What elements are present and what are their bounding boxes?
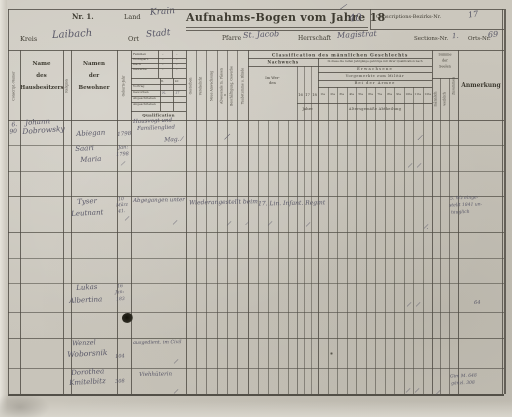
remark: gänzl. 308 <box>451 380 475 386</box>
vertical-column-label: weiblich <box>443 80 446 118</box>
resident-name: Leutnant <box>71 208 103 218</box>
abtheilung-label: Altersgemäße Abtheilung <box>318 107 432 111</box>
tick: ⁄ <box>408 301 410 308</box>
occupation: Familienglied <box>137 124 175 132</box>
seelenstand-row-label: Gewerbe <box>133 68 147 71</box>
tick: ⁄ <box>407 387 409 394</box>
rule-line <box>268 120 269 394</box>
erwachsene-label: Erwachsene <box>318 67 432 71</box>
rule-line <box>423 87 424 394</box>
rule-line <box>502 9 503 394</box>
rule-line <box>318 72 432 73</box>
pfarre-value-handwritten: St. Jacob <box>243 29 280 40</box>
rule-line <box>117 50 118 394</box>
birth-year: 104 <box>115 353 125 359</box>
rule-line <box>366 87 367 394</box>
klasse-column-label: 12te <box>423 93 433 96</box>
rule-line <box>8 171 504 172</box>
rule-line <box>370 9 371 29</box>
rule-line <box>370 29 504 30</box>
klasse-column-label: 10te <box>404 93 414 96</box>
klasse-column-label: 11te <box>413 93 423 96</box>
birth-year: 16 <box>117 284 123 289</box>
house-number: 90 <box>9 127 17 135</box>
tick: ⁄ <box>226 132 228 142</box>
year-value-handwritten: 40 <box>349 13 362 25</box>
birth-year: 1798 <box>117 130 132 138</box>
note-across: Wiederangestellt beim <box>189 198 258 206</box>
age-column-label: 18 <box>311 93 318 97</box>
rule-line <box>131 50 132 394</box>
vertical-column-label: Religion <box>65 54 68 118</box>
remark: stellt 1841 un- <box>449 202 482 208</box>
birth-year: März <box>116 202 128 208</box>
birth-year: Jan: <box>115 289 124 295</box>
vertical-column-label: Taubstumme u. Blinde <box>241 54 244 118</box>
seelenstand-value: – <box>162 63 164 66</box>
vorgemerkte-label: Vorgemerkte zum Militär <box>318 74 432 78</box>
occupation: Abgegangen unter <box>133 196 185 203</box>
remark: 64 <box>474 300 481 306</box>
seelenstand-value: – <box>176 58 178 61</box>
seelenstand-row-label: Familien <box>133 53 146 56</box>
vertical-column-label: männlich <box>434 80 437 118</box>
resident-name: Woborsnik <box>67 348 108 359</box>
form-number: Nr. 1. <box>72 12 94 21</box>
resident-name: Maria <box>80 155 101 164</box>
klasse-column-label: 1te <box>318 93 328 96</box>
rule-line <box>328 87 329 394</box>
rule-line <box>440 78 441 394</box>
herrschaft-value-handwritten: Magistrat <box>337 29 377 40</box>
rule-line <box>8 120 504 121</box>
land-value-handwritten: Krain <box>150 6 176 18</box>
rule-line <box>8 9 504 10</box>
rule-line <box>8 394 504 396</box>
vertical-column-label: Gestorben <box>189 54 192 118</box>
rule-line <box>394 87 395 394</box>
seelenstand-value: 17 <box>175 90 180 94</box>
rule-line <box>186 27 368 28</box>
conscription-value-handwritten: 17 <box>467 9 478 19</box>
rule-line <box>248 66 318 67</box>
klasse-column-label: 6te <box>366 93 376 96</box>
rule-line <box>356 87 357 394</box>
vertical-column-label: Neue Anwachsung <box>210 54 213 118</box>
rule-line <box>8 258 504 259</box>
herrschaft-label: Herrschaft <box>298 35 331 42</box>
age-column-label: 16 <box>297 93 304 97</box>
seelenstand-value: – <box>162 58 164 61</box>
rule-line <box>237 50 238 394</box>
tick: ⁄ <box>409 162 411 169</box>
seelenstand-value: N. <box>162 90 166 94</box>
resident-name: Saari <box>75 144 94 153</box>
rule-line <box>304 66 305 394</box>
rule-line <box>258 120 259 394</box>
birth-year: 1798 <box>116 151 129 157</box>
remark: Gim M. 648 <box>450 373 477 379</box>
seelenstand-row-label: Geworben <box>133 91 149 94</box>
age-column-label: 17 <box>304 93 311 97</box>
rule-line <box>337 87 338 394</box>
resident-name: Wenzel <box>72 339 96 348</box>
tick: ⁄ <box>418 162 420 169</box>
rule-line <box>375 87 376 394</box>
birth-year: 183 <box>116 296 125 302</box>
vertical-column-label: Abwesende m. Pässen <box>220 54 223 118</box>
anmerkung-column-header: Anmerkung <box>458 82 504 89</box>
kreis-value-handwritten: Laibach <box>52 28 93 41</box>
im-werden-label: den <box>250 81 295 85</box>
paper-bottom-edge <box>0 401 512 417</box>
seelenstand-row-label: Wohnpart. <box>133 58 149 61</box>
tick: ⁄ <box>175 358 177 365</box>
seelenstand-row-label: Dach <box>133 63 141 66</box>
rule-line <box>8 9 9 394</box>
armee-label: Bei der Armee <box>318 81 432 85</box>
seelenstand-value: – <box>162 53 164 56</box>
rule-line <box>297 66 298 394</box>
seelenstand-value: – <box>176 53 178 56</box>
vertical-column-label: Conscript.-Numer <box>12 54 15 118</box>
tick: ⁄ <box>416 387 418 394</box>
rule-line <box>347 87 348 394</box>
sections-label: Sections-Nr. <box>414 36 448 42</box>
rule-line <box>504 9 506 394</box>
tick: ⁄ <box>269 220 271 227</box>
rule-line <box>8 50 504 51</box>
klasse-column-label: 3te <box>337 93 347 96</box>
rule-line <box>458 50 459 394</box>
klasse-column-label: 7te <box>375 93 385 96</box>
ort-label: Ort <box>128 35 139 43</box>
nachwuchs-label: Nachwuchs <box>248 60 318 65</box>
klasse-column-label: 9te <box>394 93 404 96</box>
tick: ⁄ <box>307 221 309 228</box>
pfarre-label: Pfarre <box>222 35 241 42</box>
seelenstand-value: – <box>176 63 178 66</box>
rule-line <box>217 50 218 394</box>
birth-year: 308 <box>115 378 125 384</box>
hausbesitzer-column-header: Name des Hausbesitzers <box>20 59 63 94</box>
sections-value-handwritten: 1. <box>452 32 459 40</box>
resident-name: Abiegan <box>76 128 105 138</box>
rule-line <box>20 50 21 394</box>
rule-line <box>186 50 187 394</box>
seelenstand-row-label: Angeschrieben <box>133 103 156 106</box>
rule-line <box>172 50 173 78</box>
remark: tauglich <box>451 209 470 215</box>
rule-line <box>385 87 386 394</box>
summe-label: Summe <box>432 53 458 57</box>
bewohner-column-header: Namen der Bewohner <box>71 59 117 94</box>
classification-note: In diese die reifen Jahrgänge gehörige m… <box>319 60 431 63</box>
rule-line <box>278 120 279 394</box>
resident-name: Kmitelbitz <box>69 377 106 387</box>
orts-value-handwritten: 69 <box>488 30 499 40</box>
land-label: Land <box>124 13 141 21</box>
occupation: Viehhüterin <box>139 370 172 377</box>
paper-edge-highlight <box>0 0 7 417</box>
rule-line <box>227 50 228 394</box>
rule-line <box>248 50 249 394</box>
rule-line <box>158 50 159 78</box>
vertical-column-label: Beschäftigung, Gewerbe <box>230 54 233 118</box>
tick: ⁄ <box>126 215 128 222</box>
occupation: ausgedient. im Civil <box>133 339 182 345</box>
seelenstand-col-header: kr. <box>175 80 179 83</box>
klasse-column-label: 5te <box>356 93 366 96</box>
rule-line <box>63 50 64 394</box>
klasse-column-label: 4te <box>347 93 357 96</box>
rule-line <box>8 312 504 313</box>
rule-line <box>196 50 197 394</box>
rule-line <box>449 78 450 394</box>
rule-line <box>413 87 414 394</box>
conscription-label: Conscriptions-Bezirks-Nr. <box>376 14 441 20</box>
summe-label: Seelen <box>432 65 458 69</box>
vertical-column-label: Zusammen <box>452 54 455 118</box>
resident-name: Albertina <box>69 295 102 305</box>
birth-year: 10 <box>118 197 124 202</box>
vertical-column-label: Verehelicht <box>199 54 202 118</box>
census-form-scan: Nr. 1. Land Aufnahms-Bogen vom Jahre 18 … <box>0 0 512 417</box>
occupation: Mag. ⁄ <box>164 135 183 143</box>
resident-name: Lukas <box>76 283 98 292</box>
seelenstand-row-label: Vortrag <box>133 85 144 88</box>
summe-label: der <box>432 59 458 63</box>
ink-speck <box>330 352 333 355</box>
resident-name: Tyser <box>77 197 97 206</box>
ink-speck <box>224 94 226 96</box>
rule-line <box>206 50 207 394</box>
rule-line <box>288 120 289 394</box>
classification-title: Classification des männlichen Geschlecht… <box>248 53 432 58</box>
klasse-column-label: 8te <box>385 93 395 96</box>
rule-line <box>173 78 174 111</box>
seelenstand-value: – <box>176 68 178 71</box>
rule-line <box>311 66 312 394</box>
tick: ⁄ <box>419 134 421 142</box>
birth-year: Jan: <box>118 144 128 150</box>
rule-line <box>8 232 504 233</box>
tick: ⁄ <box>174 219 176 226</box>
birth-year: 41. <box>118 209 125 214</box>
seelenstand-col-header: fl. <box>161 80 164 83</box>
seelenstand-row-label: Abgeschrieben <box>133 97 156 100</box>
rule-line <box>404 87 405 394</box>
seelenstand-value: – <box>162 68 164 71</box>
rule-line <box>186 30 368 31</box>
tick: ⁄. <box>425 223 429 230</box>
tick: ⁄ <box>122 160 124 167</box>
owner-name: Dobrowsky <box>22 124 65 136</box>
vertical-column-label: Geburts-Jahr <box>122 54 125 118</box>
jahre-label: Jahre <box>297 107 318 111</box>
tick: ⁄ <box>228 220 230 227</box>
klasse-column-label: 2te <box>328 93 338 96</box>
kreis-label: Kreis <box>20 35 37 43</box>
resident-name: Dorothea <box>71 367 104 377</box>
ort-value-handwritten: Stadt <box>146 28 171 40</box>
note-across: 17. Lin. Infant. Regmt <box>258 199 325 207</box>
remark: 5. Wz einge- <box>450 195 478 201</box>
tick: ⁄ <box>417 301 419 308</box>
